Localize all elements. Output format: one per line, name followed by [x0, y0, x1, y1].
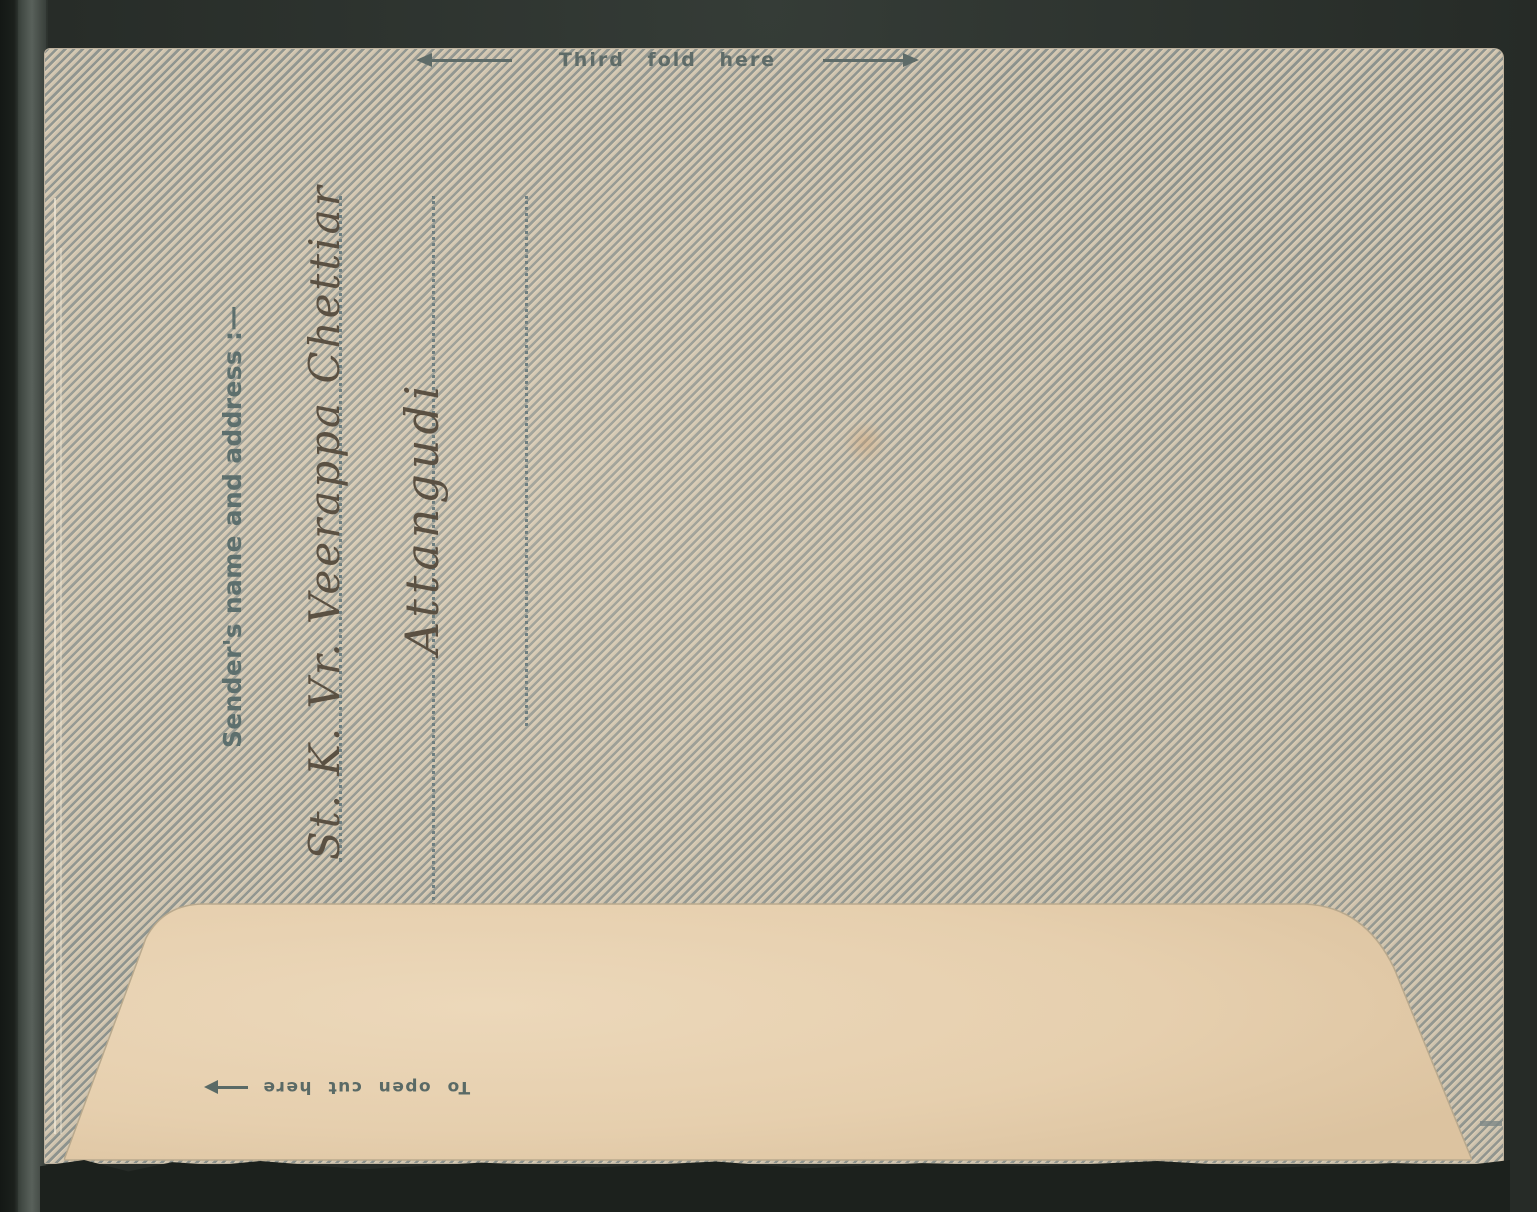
printer-mark — [1480, 1121, 1502, 1126]
torn-bottom-edge — [40, 1160, 1510, 1212]
sender-address-label: Sender's name and address :— — [218, 305, 247, 748]
address-dotted-line — [525, 196, 528, 726]
protective-sleeve-edge — [18, 0, 46, 1212]
fold-instruction-text: Third fold here — [539, 49, 796, 71]
bottom-flap[interactable] — [64, 898, 1472, 1170]
open-cut-instruction: To open cut here — [208, 1072, 478, 1102]
arrow-right-icon — [823, 59, 915, 62]
flap-shape — [64, 898, 1472, 1170]
arrow-left-icon — [208, 1086, 248, 1089]
fold-edge-layer — [60, 248, 62, 1134]
handwritten-sender-town: Attangudi — [395, 380, 449, 655]
third-fold-instruction: Third fold here — [420, 48, 915, 72]
handwritten-sender-name: St. K. Vr. Veerappa Chettiar — [300, 183, 349, 860]
fold-edge-layer — [54, 198, 56, 1134]
cut-instruction-text: To open cut here — [262, 1077, 470, 1097]
arrow-left-icon — [420, 59, 512, 62]
